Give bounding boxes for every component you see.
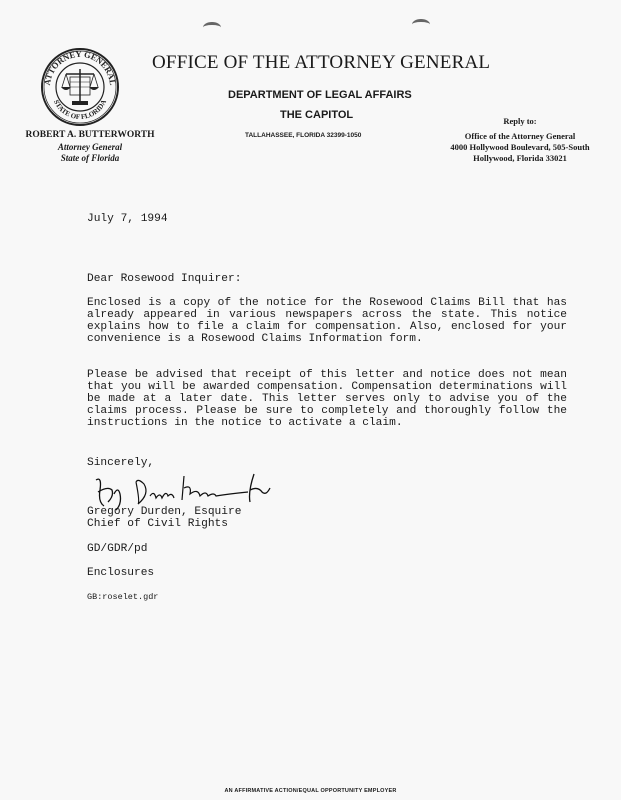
reply-to-line2: 4000 Hollywood Boulevard, 505-South [420,142,620,152]
attorney-general-name: ROBERT A. BUTTERWORTH [24,130,156,140]
city-line: TALLAHASSEE, FLORIDA 32399-1050 [245,132,361,139]
reply-to-line1: Office of the Attorney General [420,131,620,141]
file-reference: GB:roselet.gdr [87,591,158,603]
reply-to-label: Reply to: [420,116,620,126]
office-title: OFFICE OF THE ATTORNEY GENERAL [152,52,490,74]
attorney-general-title: Attorney General [24,142,156,152]
state-seal: ATTORNEY GENERAL STATE OF FLORIDA [40,47,120,127]
reference-initials: GD/GDR/pd [87,543,147,555]
letter-date: July 7, 1994 [87,213,168,225]
salutation: Dear Rosewood Inquirer: [87,273,241,285]
enclosures-note: Enclosures [87,567,154,579]
body-paragraph: Enclosed is a copy of the notice for the… [87,297,567,345]
reply-to-line3: Hollywood, Florida 33021 [420,153,620,163]
closing: Sincerely, [87,457,154,469]
attorney-general-state: State of Florida [24,153,156,163]
scales-of-justice-icon: ATTORNEY GENERAL STATE OF FLORIDA [40,47,120,127]
signer-title: Chief of Civil Rights [87,518,228,530]
punch-hole-mark [412,19,430,30]
building-name: THE CAPITOL [280,109,353,121]
footer-employer-statement: AN AFFIRMATIVE ACTION/EQUAL OPPORTUNITY … [0,788,621,794]
body-paragraph: Please be advised that receipt of this l… [87,369,567,429]
punch-hole-mark [203,22,221,33]
department-name: DEPARTMENT OF LEGAL AFFAIRS [228,89,412,101]
signer-name: Gregory Durden, Esquire [87,506,241,518]
